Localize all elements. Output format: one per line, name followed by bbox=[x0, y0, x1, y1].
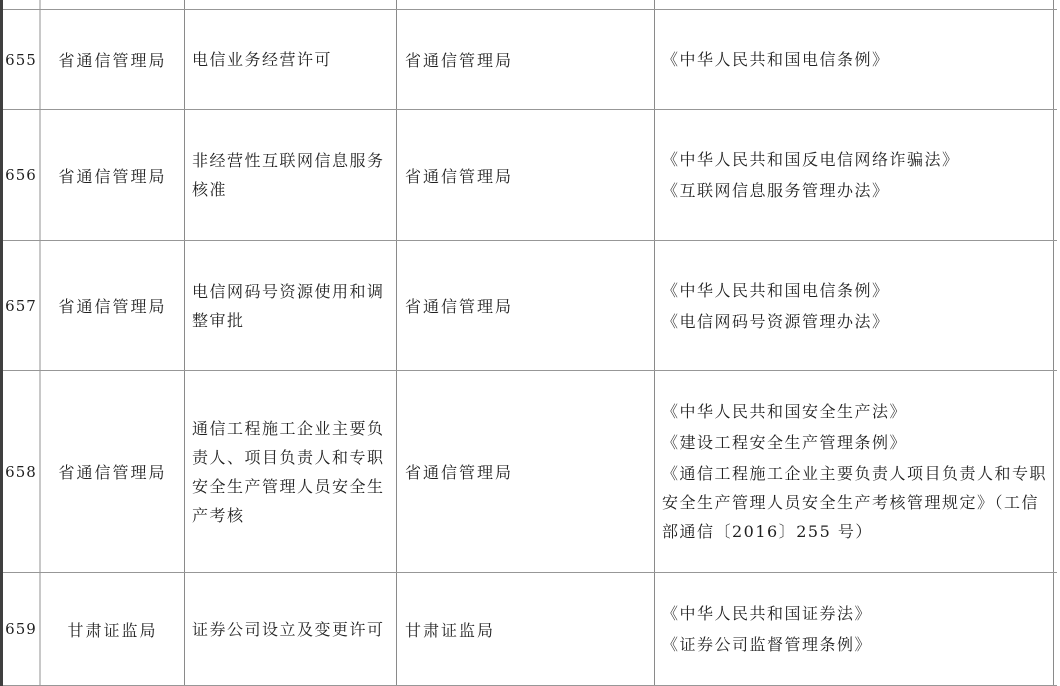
law-reference: 《中华人民共和国反电信网络诈骗法》 bbox=[662, 145, 960, 174]
license-item: 证券公司设立及变更许可 bbox=[192, 615, 385, 644]
cell-agency bbox=[397, 0, 655, 9]
department-name: 省通信管理局 bbox=[58, 164, 166, 187]
legal-basis-list: 《中华人民共和国安全生产法》 《建设工程安全生产管理条例》 《通信工程施工企业主… bbox=[662, 397, 1047, 546]
law-reference: 《中华人民共和国电信条例》 bbox=[662, 276, 890, 305]
table-row-partial bbox=[3, 0, 1057, 10]
agency-name: 省通信管理局 bbox=[405, 48, 513, 71]
table-row: 656 省通信管理局 非经营性互联网信息服务 核准 省通信管理局 《中华人民共和… bbox=[3, 110, 1057, 241]
cell-seq: 659 bbox=[3, 573, 41, 685]
cell-seq: 658 bbox=[3, 371, 41, 572]
cell-department bbox=[41, 0, 185, 9]
cell-department: 甘肃证监局 bbox=[41, 573, 185, 685]
law-reference: 《互联网信息服务管理办法》 bbox=[662, 176, 960, 205]
agency-name: 省通信管理局 bbox=[405, 460, 513, 483]
row-number: 659 bbox=[5, 620, 37, 638]
cell-basis: 《中华人民共和国电信条例》 《电信网码号资源管理办法》 bbox=[655, 241, 1054, 370]
cell-item bbox=[185, 0, 397, 9]
agency-name: 甘肃证监局 bbox=[405, 618, 495, 641]
department-name: 甘肃证监局 bbox=[67, 618, 157, 641]
cell-item: 证券公司设立及变更许可 bbox=[185, 573, 397, 685]
cell-item: 非经营性互联网信息服务 核准 bbox=[185, 110, 397, 240]
legal-basis-list: 《中华人民共和国电信条例》 bbox=[662, 45, 890, 74]
row-number: 658 bbox=[5, 463, 37, 481]
cell-department: 省通信管理局 bbox=[41, 371, 185, 572]
cell-department: 省通信管理局 bbox=[41, 241, 185, 370]
legal-basis-list: 《中华人民共和国电信条例》 《电信网码号资源管理办法》 bbox=[662, 276, 890, 336]
cell-seq: 656 bbox=[3, 110, 41, 240]
license-item: 电信业务经营许可 bbox=[192, 45, 332, 74]
cell-agency: 省通信管理局 bbox=[397, 241, 655, 370]
cell-agency: 省通信管理局 bbox=[397, 110, 655, 240]
license-item: 通信工程施工企业主要负 责人、项目负责人和专职 安全生产管理人员安全生 产考核 bbox=[192, 414, 385, 530]
row-number: 656 bbox=[5, 166, 37, 184]
cell-basis: 《中华人民共和国证券法》 《证券公司监督管理条例》 bbox=[655, 573, 1054, 685]
table-row: 657 省通信管理局 电信网码号资源使用和调 整审批 省通信管理局 《中华人民共… bbox=[3, 241, 1057, 371]
cell-basis: 《中华人民共和国电信条例》 bbox=[655, 10, 1054, 109]
law-reference: 《中华人民共和国电信条例》 bbox=[662, 45, 890, 74]
cell-department: 省通信管理局 bbox=[41, 110, 185, 240]
law-reference: 《中华人民共和国证券法》 bbox=[662, 599, 872, 628]
cell-agency: 甘肃证监局 bbox=[397, 573, 655, 685]
cell-item: 电信网码号资源使用和调 整审批 bbox=[185, 241, 397, 370]
table-row: 658 省通信管理局 通信工程施工企业主要负 责人、项目负责人和专职 安全生产管… bbox=[3, 371, 1057, 573]
document-page: 655 省通信管理局 电信业务经营许可 省通信管理局 《中华人民共和国电信条例》… bbox=[0, 0, 1060, 686]
agency-name: 省通信管理局 bbox=[405, 294, 513, 317]
table-row: 655 省通信管理局 电信业务经营许可 省通信管理局 《中华人民共和国电信条例》 bbox=[3, 10, 1057, 110]
cell-seq bbox=[3, 0, 41, 9]
law-reference: 《中华人民共和国安全生产法》 bbox=[662, 397, 1047, 426]
license-item: 电信网码号资源使用和调 整审批 bbox=[192, 277, 385, 335]
row-number: 655 bbox=[5, 51, 37, 69]
agency-name: 省通信管理局 bbox=[405, 164, 513, 187]
table-row: 659 甘肃证监局 证券公司设立及变更许可 甘肃证监局 《中华人民共和国证券法》… bbox=[3, 573, 1057, 686]
cell-seq: 655 bbox=[3, 10, 41, 109]
cell-seq: 657 bbox=[3, 241, 41, 370]
row-number: 657 bbox=[5, 297, 37, 315]
law-reference: 《电信网码号资源管理办法》 bbox=[662, 307, 890, 336]
cell-agency: 省通信管理局 bbox=[397, 371, 655, 572]
department-name: 省通信管理局 bbox=[58, 460, 166, 483]
cell-basis: 《中华人民共和国反电信网络诈骗法》 《互联网信息服务管理办法》 bbox=[655, 110, 1054, 240]
law-reference: 《通信工程施工企业主要负责人项目负责人和专职 安全生产管理人员安全生产考核管理规… bbox=[662, 459, 1047, 546]
cell-basis bbox=[655, 0, 1054, 9]
cell-agency: 省通信管理局 bbox=[397, 10, 655, 109]
law-reference: 《证券公司监督管理条例》 bbox=[662, 630, 872, 659]
license-item: 非经营性互联网信息服务 核准 bbox=[192, 146, 385, 204]
cell-department: 省通信管理局 bbox=[41, 10, 185, 109]
legal-basis-list: 《中华人民共和国反电信网络诈骗法》 《互联网信息服务管理办法》 bbox=[662, 145, 960, 205]
department-name: 省通信管理局 bbox=[58, 294, 166, 317]
department-name: 省通信管理局 bbox=[58, 48, 166, 71]
licensing-table: 655 省通信管理局 电信业务经营许可 省通信管理局 《中华人民共和国电信条例》… bbox=[0, 0, 1057, 686]
cell-basis: 《中华人民共和国安全生产法》 《建设工程安全生产管理条例》 《通信工程施工企业主… bbox=[655, 371, 1054, 572]
cell-item: 电信业务经营许可 bbox=[185, 10, 397, 109]
cell-item: 通信工程施工企业主要负 责人、项目负责人和专职 安全生产管理人员安全生 产考核 bbox=[185, 371, 397, 572]
legal-basis-list: 《中华人民共和国证券法》 《证券公司监督管理条例》 bbox=[662, 599, 872, 659]
law-reference: 《建设工程安全生产管理条例》 bbox=[662, 428, 1047, 457]
